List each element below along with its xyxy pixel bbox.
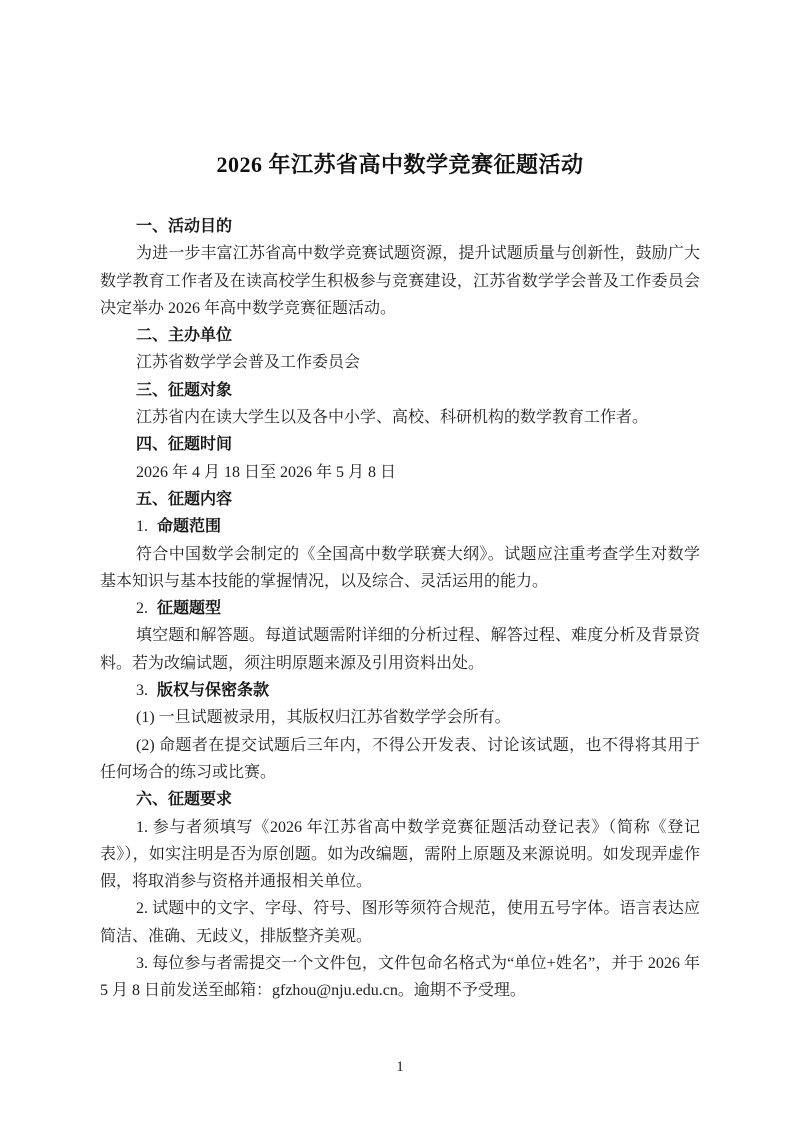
section-heading: 五、征题内容	[100, 486, 700, 513]
sub-heading: 3.版权与保密条款	[100, 677, 700, 704]
document-page: 2026 年江苏省高中数学竞赛征题活动 一、活动目的为进一步丰富江苏省高中数学竞…	[0, 0, 800, 1131]
document-title: 2026 年江苏省高中数学竞赛征题活动	[100, 150, 700, 180]
sub-heading-number: 3.	[136, 682, 148, 699]
page-number: 1	[100, 1057, 700, 1077]
paragraph: 3. 每位参与者需提交一个文件包，文件包命名格式为“单位+姓名”，并于 2026…	[100, 950, 700, 1005]
section-heading: 三、征题对象	[100, 377, 700, 404]
sub-heading-label: 版权与保密条款	[157, 682, 269, 699]
sub-heading-number: 2.	[136, 600, 148, 617]
sub-heading-label: 征题题型	[157, 600, 221, 617]
sub-heading: 1.命题范围	[100, 513, 700, 540]
paragraph: 填空题和解答题。每道试题需附详细的分析过程、解答过程、难度分析及背景资料。若为改…	[100, 622, 700, 677]
paragraph: 符合中国数学会制定的《全国高中数学联赛大纲》。试题应注重考查学生对数学基本知识与…	[100, 541, 700, 596]
document-body: 一、活动目的为进一步丰富江苏省高中数学竞赛试题资源，提升试题质量与创新性，鼓励广…	[100, 213, 700, 1005]
paragraph: 为进一步丰富江苏省高中数学竞赛试题资源，提升试题质量与创新性，鼓励广大数学教育工…	[100, 240, 700, 322]
paragraph: 2026 年 4 月 18 日至 2026 年 5 月 8 日	[100, 459, 700, 486]
paragraph: 2. 试题中的文字、字母、符号、图形等须符合规范，使用五号字体。语言表达应简洁、…	[100, 895, 700, 950]
sub-heading: 2.征题题型	[100, 595, 700, 622]
paragraph: 江苏省内在读大学生以及各中小学、高校、科研机构的数学教育工作者。	[100, 404, 700, 431]
paragraph: (2) 命题者在提交试题后三年内，不得公开发表、讨论该试题，也不得将其用于任何场…	[100, 732, 700, 787]
section-heading: 二、主办单位	[100, 322, 700, 349]
section-heading: 四、征题时间	[100, 431, 700, 458]
section-heading: 六、征题要求	[100, 786, 700, 813]
sub-heading-number: 1.	[136, 518, 148, 535]
sub-heading-label: 命题范围	[157, 518, 221, 535]
paragraph: 1. 参与者须填写《2026 年江苏省高中数学竞赛征题活动登记表》（简称《登记表…	[100, 814, 700, 896]
section-heading: 一、活动目的	[100, 213, 700, 240]
paragraph: (1) 一旦试题被录用，其版权归江苏省数学学会所有。	[100, 704, 700, 731]
paragraph: 江苏省数学学会普及工作委员会	[100, 349, 700, 376]
document-content: 2026 年江苏省高中数学竞赛征题活动 一、活动目的为进一步丰富江苏省高中数学竞…	[100, 0, 700, 1077]
